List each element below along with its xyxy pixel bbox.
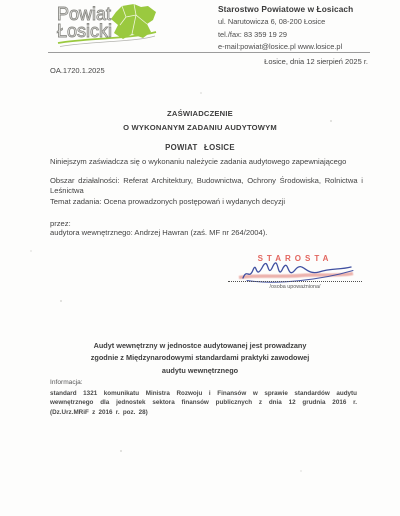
org-phone: tel./fax: 83 359 19 29 bbox=[218, 30, 353, 39]
scan-noise-dot bbox=[60, 300, 62, 302]
paragraph-intro: Niniejszym zaświadcza się o wykonaniu na… bbox=[50, 157, 363, 167]
scan-noise-dot bbox=[330, 120, 332, 122]
document-title-line2: O WYKONANYM ZADANIU AUDYTOWYM bbox=[0, 123, 400, 132]
statement-block: Audyt wewnętrzny w jednostce audytowanej… bbox=[0, 340, 400, 377]
paragraph-auditor: audytora wewnętrznego: Andrzej Hawran (z… bbox=[50, 228, 363, 238]
document-subject: POWIAT ŁOSICE bbox=[0, 143, 400, 152]
footnote-label: Informacja: bbox=[50, 379, 357, 386]
paragraph-task: Temat zadania: Ocena prowadzonych postęp… bbox=[50, 197, 363, 207]
org-email-web: e-mail:powiat@losice.pl www.losice.pl bbox=[218, 42, 353, 51]
document-page: Powiat Łosicki Starostwo Powiatowe w Łos… bbox=[0, 0, 400, 516]
letterhead: Starostwo Powiatowe w Łosicach ul. Narut… bbox=[218, 4, 353, 51]
statement-line2: zgodnie z Międzynarodowymi standardami p… bbox=[0, 352, 400, 364]
authorized-person-note: /osoba upoważniona/ bbox=[225, 284, 365, 290]
document-title-line1: ZAŚWIADCZENIE bbox=[0, 109, 400, 118]
scan-noise-dot bbox=[30, 250, 32, 252]
scan-noise-dot bbox=[120, 450, 122, 452]
statement-line3: audytu wewnętrznego bbox=[0, 365, 400, 377]
statement-line1: Audyt wewnętrzny w jednostce audytowanej… bbox=[0, 340, 400, 352]
stamp-name-red-trace bbox=[239, 274, 353, 278]
scan-noise-dot bbox=[200, 92, 202, 94]
reference-number: OA.1720.1.2025 bbox=[50, 66, 105, 75]
paragraph-scope: Obszar działalności: Referat Architektur… bbox=[50, 176, 363, 196]
scan-noise-dot bbox=[300, 470, 302, 472]
footnote-block: Informacja: standard 1321 komunikatu Min… bbox=[50, 379, 357, 417]
org-name: Starostwo Powiatowe w Łosicach bbox=[218, 4, 353, 14]
signature-dotted-line bbox=[228, 281, 362, 282]
stamp-signature-block: STAROSTA /osoba upoważniona/ bbox=[225, 254, 365, 263]
footnote-text: standard 1321 komunikatu Ministra Rozwoj… bbox=[50, 389, 357, 418]
date-line: Łosice, dnia 12 sierpień 2025 r. bbox=[264, 57, 368, 66]
county-logo: Powiat Łosicki bbox=[52, 3, 162, 53]
org-address: ul. Narutowicza 6, 08-200 Łosice bbox=[218, 17, 353, 26]
letterhead-divider bbox=[48, 52, 370, 53]
title-block: ZAŚWIADCZENIE O WYKONANYM ZADANIU AUDYTO… bbox=[0, 109, 400, 152]
